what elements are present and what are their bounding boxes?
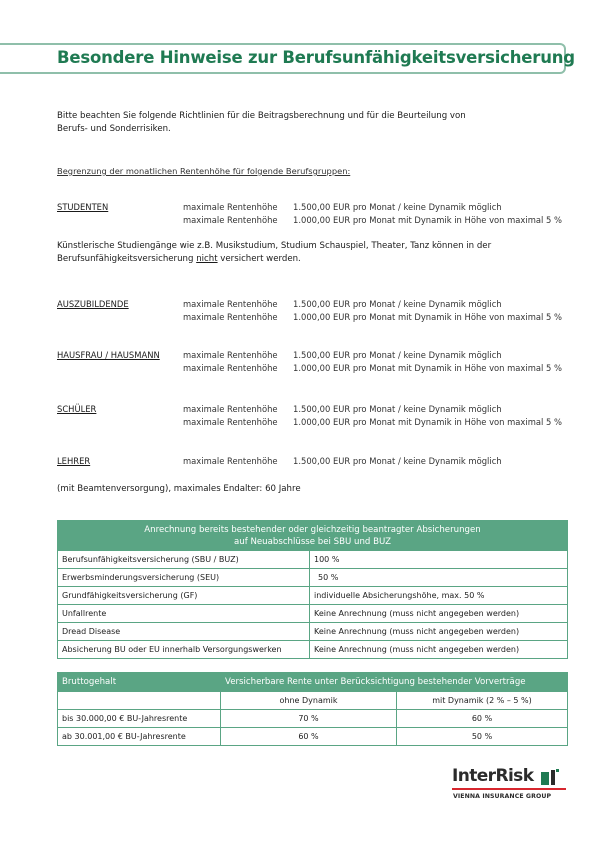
logo-mark-icon xyxy=(541,772,549,785)
students-note-line-1: Künstlerische Studiengänge wie z.B. Musi… xyxy=(57,240,491,253)
group-name: LEHRER xyxy=(57,455,90,468)
offset-table: Anrechnung bereits bestehender oder glei… xyxy=(57,520,568,659)
table-row: Erwerbsminderungsversicherung (SEU)50 % xyxy=(58,569,568,587)
table-row: Berufsunfähigkeitsversicherung (SBU / BU… xyxy=(58,551,568,569)
students-note-line-2: Berufsunfähigkeitsversicherung nicht ver… xyxy=(57,253,301,266)
table-header-row: Bruttogehalt Versicherbare Rente unter B… xyxy=(58,673,568,692)
group-name: HAUSFRAU / HAUSMANN xyxy=(57,349,160,362)
teacher-note: (mit Beamtenversorgung), maximales Endal… xyxy=(57,483,301,496)
emphasis-nicht: nicht xyxy=(196,254,217,264)
group-name: SCHÜLER xyxy=(57,403,96,416)
table-row: Dread DiseaseKeine Anrechnung (muss nich… xyxy=(58,623,568,641)
col-header-insurable-pension: Versicherbare Rente unter Berücksichtigu… xyxy=(221,673,568,692)
group-name: STUDENTEN xyxy=(57,201,108,214)
table-row: bis 30.000,00 € BU-Jahresrente 70 % 60 % xyxy=(58,710,568,728)
interrisk-logo: InterRisk VIENNA INSURANCE GROUP xyxy=(452,766,569,806)
table-row: Grundfähigkeitsversicherung (GF)individu… xyxy=(58,587,568,605)
table-row: UnfallrenteKeine Anrechnung (muss nicht … xyxy=(58,605,568,623)
group-name: AUSZUBILDENDE xyxy=(57,298,129,311)
table-subheader-row: ohne Dynamik mit Dynamik (2 % – 5 %) xyxy=(58,692,568,710)
logo-wordmark: InterRisk xyxy=(452,766,533,786)
logo-red-bar xyxy=(452,788,566,790)
table-header: Anrechnung bereits bestehender oder glei… xyxy=(58,521,568,551)
table-row: Absicherung BU oder EU innerhalb Versorg… xyxy=(58,641,568,659)
page-title: Besondere Hinweise zur Berufsunfähigkeit… xyxy=(57,48,575,67)
col-header-gross-salary: Bruttogehalt xyxy=(58,673,221,692)
logo-mark-icon xyxy=(551,770,555,785)
table-header-row: Anrechnung bereits bestehender oder glei… xyxy=(58,521,568,551)
intro-line-1: Bitte beachten Sie folgende Richtlinien … xyxy=(57,110,466,123)
insurable-pension-table: Bruttogehalt Versicherbare Rente unter B… xyxy=(57,672,568,746)
logo-dot-icon xyxy=(556,769,559,772)
intro-line-2: Berufs- und Sonderrisiken. xyxy=(57,123,171,136)
logo-tagline: VIENNA INSURANCE GROUP xyxy=(453,793,551,800)
table-row: ab 30.001,00 € BU-Jahresrente 60 % 50 % xyxy=(58,728,568,746)
section-heading: Begrenzung der monatlichen Rentenhöhe fü… xyxy=(57,165,350,178)
